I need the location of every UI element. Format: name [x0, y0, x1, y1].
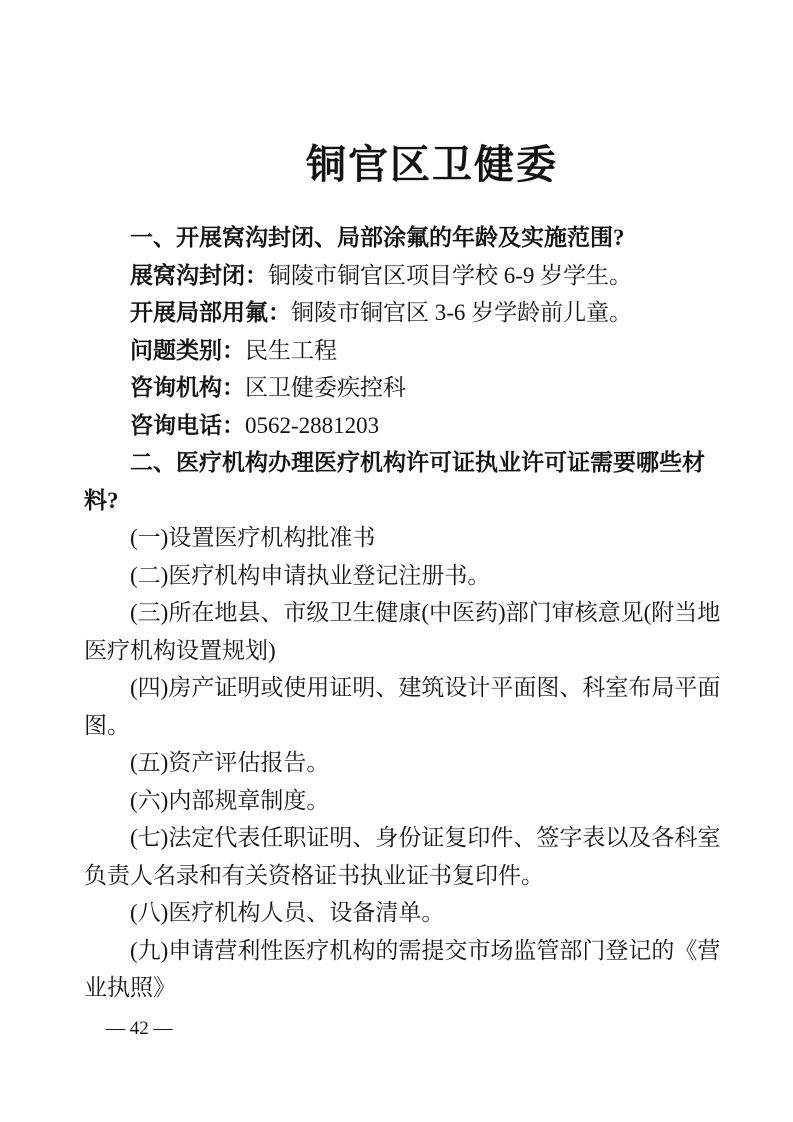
- field-value: 铜陵市铜官区 3-6 岁学龄前儿童。: [291, 300, 632, 325]
- list-item-3-line1: (三)所在地县、市级卫生健康(中医药)部门审核意见(附当地: [84, 594, 724, 632]
- field-label: 咨询机构：: [130, 375, 245, 400]
- list-item-3-line2: 医疗机构设置规划): [84, 632, 724, 670]
- list-item-5: (五)资产评估报告。: [84, 744, 724, 782]
- field-label: 问题类别：: [130, 338, 245, 363]
- field-value: 区卫健委疾控科: [245, 375, 406, 400]
- section-1-heading: 一、开展窝沟封闭、局部涂氟的年龄及实施范围?: [84, 219, 724, 257]
- section-2-heading-line1: 二、医疗机构办理医疗机构许可证执业许可证需要哪些材: [84, 444, 724, 482]
- document-body: 一、开展窝沟封闭、局部涂氟的年龄及实施范围? 展窝沟封闭：铜陵市铜官区项目学校 …: [84, 219, 724, 1007]
- list-item-4-line2: 图。: [84, 707, 724, 745]
- list-item-6: (六)内部规章制度。: [84, 782, 724, 820]
- field-row-category: 问题类别：民生工程: [84, 332, 724, 370]
- field-row-phone: 咨询电话：0562-2881203: [84, 407, 724, 445]
- list-item-7-line1: (七)法定代表任职证明、身份证复印件、签字表以及各科室: [84, 819, 724, 857]
- list-item-1: (一)设置医疗机构批准书: [84, 519, 724, 557]
- page-title: 铜官区卫健委: [112, 133, 752, 190]
- section-2-heading-line2: 料?: [84, 482, 724, 520]
- field-row-agency: 咨询机构：区卫健委疾控科: [84, 369, 724, 407]
- field-row-fluoride: 开展局部用氟：铜陵市铜官区 3-6 岁学龄前儿童。: [84, 294, 724, 332]
- list-item-4-line1: (四)房产证明或使用证明、建筑设计平面图、科室布局平面: [84, 669, 724, 707]
- document-page: 铜官区卫健委 一、开展窝沟封闭、局部涂氟的年龄及实施范围? 展窝沟封闭：铜陵市铜…: [0, 0, 793, 1122]
- field-value: 铜陵市铜官区项目学校 6-9 岁学生。: [268, 263, 632, 288]
- list-item-7-line2: 负责人名录和有关资格证书执业证书复印件。: [84, 857, 724, 895]
- field-value: 0562-2881203: [245, 413, 379, 438]
- page-number: — 42 —: [106, 1018, 173, 1040]
- list-item-2: (二)医疗机构申请执业登记注册书。: [84, 557, 724, 595]
- field-label: 展窝沟封闭：: [130, 263, 268, 288]
- field-row-pit-fissure: 展窝沟封闭：铜陵市铜官区项目学校 6-9 岁学生。: [84, 257, 724, 295]
- field-label: 开展局部用氟：: [130, 300, 291, 325]
- field-label: 咨询电话：: [130, 413, 245, 438]
- field-value: 民生工程: [245, 338, 337, 363]
- list-item-9-line2: 业执照》: [84, 969, 724, 1007]
- list-item-9-line1: (九)申请营利性医疗机构的需提交市场监管部门登记的《营: [84, 932, 724, 970]
- list-item-8: (八)医疗机构人员、设备清单。: [84, 894, 724, 932]
